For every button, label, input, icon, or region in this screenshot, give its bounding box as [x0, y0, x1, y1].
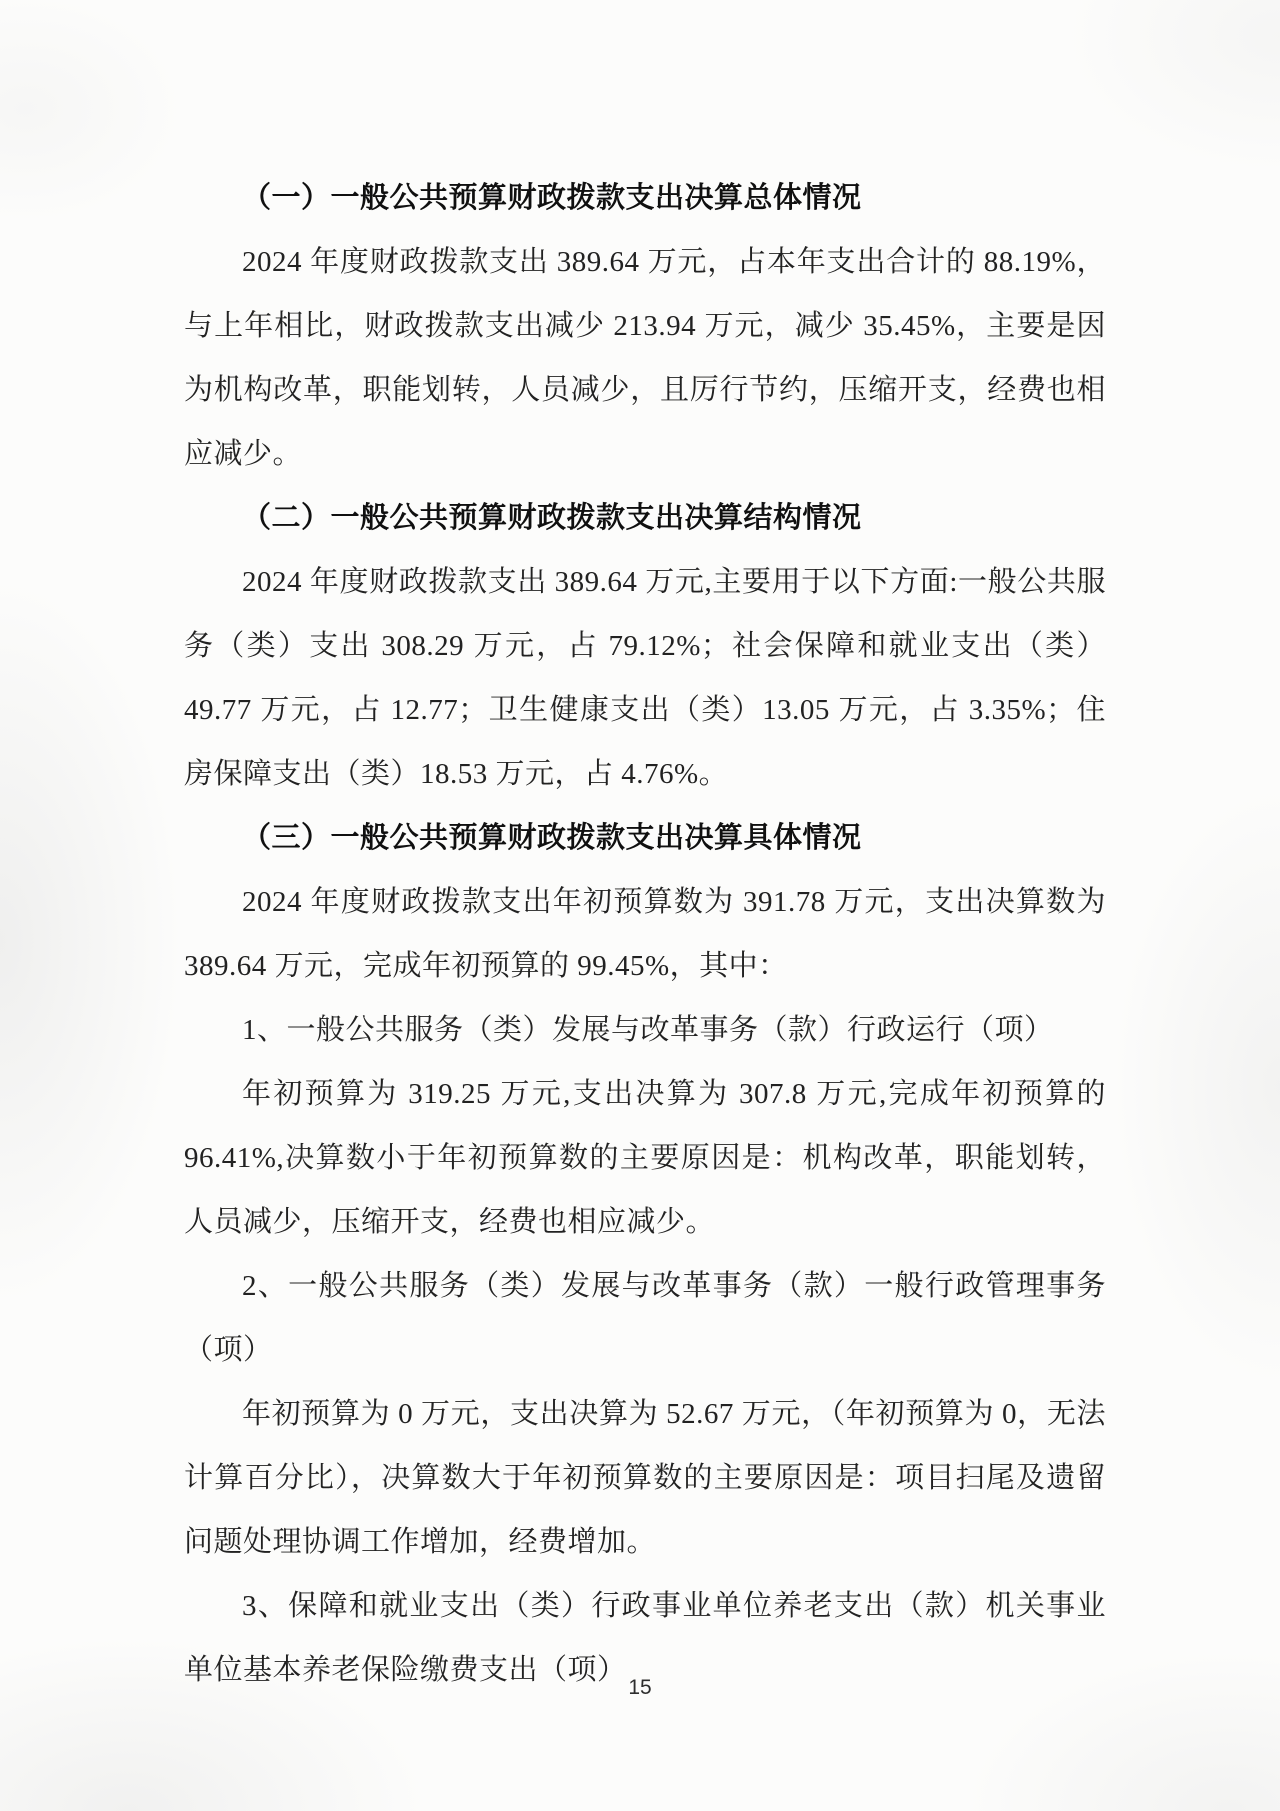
list-item-2-body: 年初预算为 0 万元，支出决算为 52.67 万元，（年初预算为 0，无法计算百…: [184, 1382, 1106, 1574]
page-number: 15: [0, 1676, 1280, 1700]
document-body: （一）一般公共预算财政拨款支出决算总体情况 2024 年度财政拨款支出 389.…: [184, 166, 1106, 1702]
list-item-2-title: 2、一般公共服务（类）发展与改革事务（款）一般行政管理事务（项）: [184, 1254, 1106, 1382]
section-heading-2: （二）一般公共预算财政拨款支出决算结构情况: [184, 486, 1106, 550]
paragraph-overview: 2024 年度财政拨款支出 389.64 万元，占本年支出合计的 88.19%，…: [184, 230, 1106, 486]
section-heading-1: （一）一般公共预算财政拨款支出决算总体情况: [184, 166, 1106, 230]
list-item-1-title: 1、一般公共服务（类）发展与改革事务（款）行政运行（项）: [184, 998, 1106, 1062]
paragraph-detail-intro: 2024 年度财政拨款支出年初预算数为 391.78 万元，支出决算数为 389…: [184, 870, 1106, 998]
section-heading-3: （三）一般公共预算财政拨款支出决算具体情况: [184, 806, 1106, 870]
paragraph-structure: 2024 年度财政拨款支出 389.64 万元,主要用于以下方面:一般公共服务（…: [184, 550, 1106, 806]
list-item-1-body: 年初预算为 319.25 万元,支出决算为 307.8 万元,完成年初预算的 9…: [184, 1062, 1106, 1254]
